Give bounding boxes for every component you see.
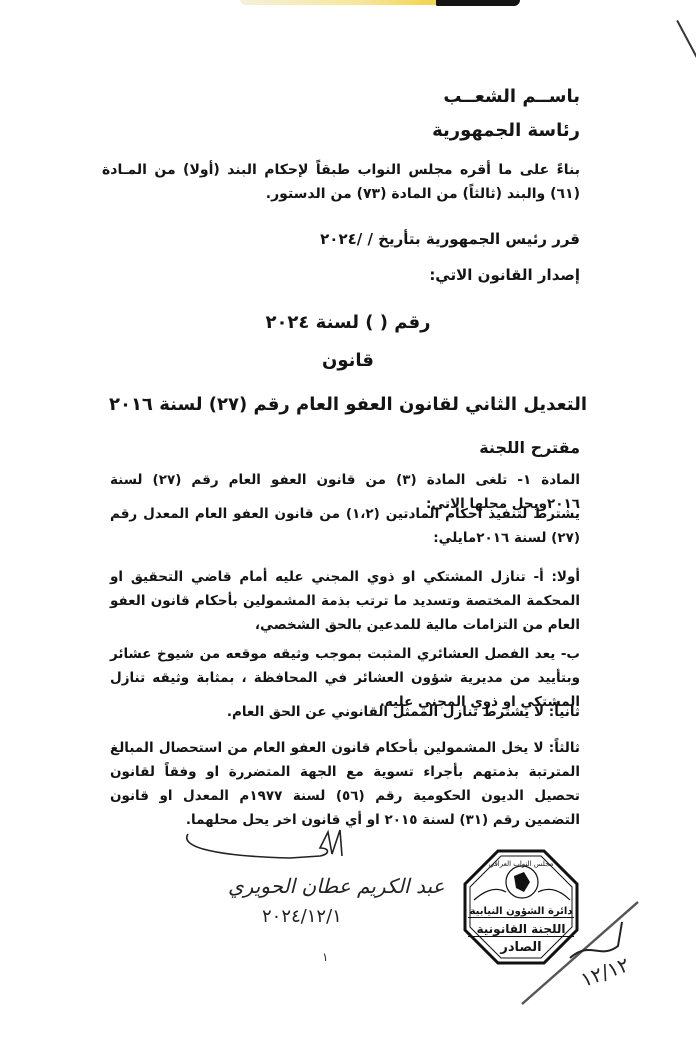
header-presidency: رئاسة الجمهورية [432, 120, 580, 141]
clause-first-a: أولا: أ- تنازل المشتكي او ذوي المجني علي… [110, 565, 580, 637]
scan-edge-artifact [240, 0, 520, 6]
page-mark: ١ [322, 950, 328, 964]
law-label: قانون [0, 350, 696, 371]
stamp-org: مجلس النواب العراقي [462, 860, 580, 868]
law-number-line: رقم ( ) لسنة ٢٠٢٤ [0, 312, 696, 333]
committee-proposal-heading: مقترح اللجنة [479, 438, 580, 457]
preamble-basis: بناءً على ما أقره مجلس النواب طبقاً لإحك… [102, 158, 580, 206]
signatory-name: عبد الكريم عطان الحويري [228, 874, 444, 898]
header-in-name-of-people: باســم الشعــب [443, 86, 580, 107]
clause-second: ثانياً: لا يشترط تنازل الممثل القانوني ع… [110, 700, 580, 724]
pen-mark [676, 20, 696, 58]
clause-third: ثالثاً: لا يخل المشمولين بأحكام قانون ال… [110, 736, 580, 832]
condition-intro: يشترط لتنفيذ احكام المادتين (١،٢) من قان… [110, 502, 580, 550]
issue-law-statement: إصدار القانون الاتي: [429, 266, 580, 284]
signature-date: ٢٠٢٤/١٢/١ [262, 906, 342, 927]
law-title: التعديل الثاني لقانون العفو العام رقم (٢… [0, 394, 696, 415]
presidential-decision-date: قرر رئيس الجمهورية بتأريخ / /٢٠٢٤ [320, 230, 580, 248]
